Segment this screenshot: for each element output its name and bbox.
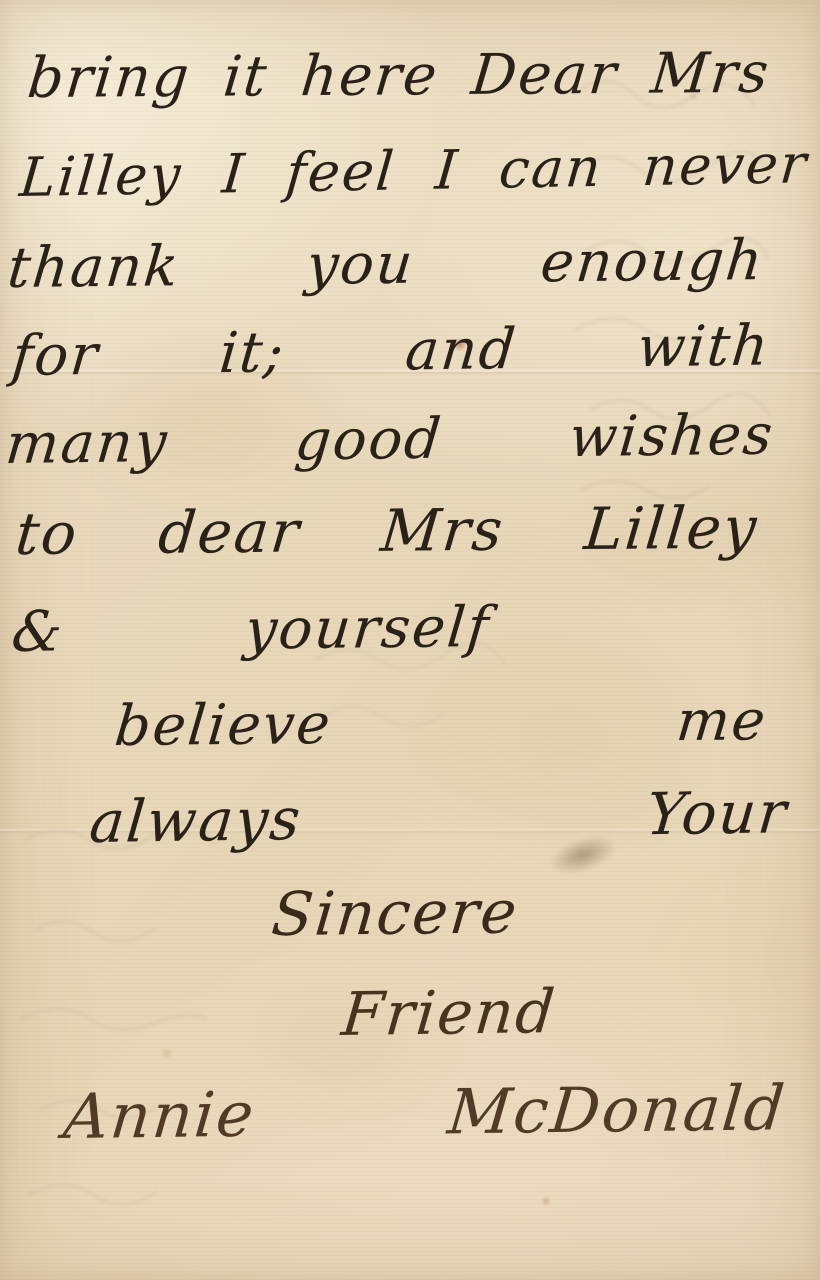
- letter-line: many good wishes: [3, 403, 777, 477]
- letter-page: bring it here Dear Mrs Lilley I feel I c…: [0, 0, 820, 1280]
- letter-line: believe me: [112, 688, 770, 759]
- signature: Annie McDonald: [61, 1071, 790, 1153]
- letter-line: thank you enough: [5, 228, 767, 301]
- letter-line: for it; and with: [9, 313, 773, 389]
- show-through-mark: [10, 800, 270, 1220]
- paper-spot: [540, 1196, 552, 1206]
- paper-spot: [160, 1048, 174, 1059]
- letter-line-closing: Friend: [339, 974, 775, 1050]
- letter-line: always Your: [87, 778, 791, 856]
- letter-line: Lilley I feel I can never: [17, 132, 810, 209]
- letter-line-closing: Sincere: [269, 876, 696, 950]
- letter-line: & yourself: [9, 595, 493, 665]
- letter-line: to dear Mrs Lilley: [13, 493, 762, 568]
- letter-line: bring it here Dear Mrs: [25, 41, 773, 111]
